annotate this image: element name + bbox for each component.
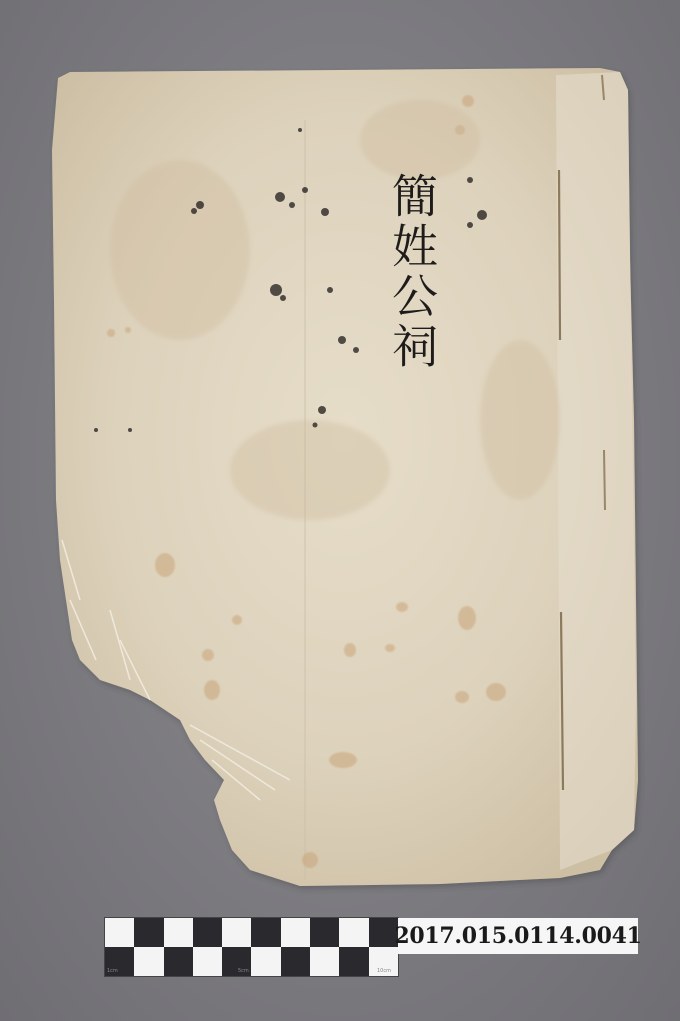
color-scale-bar	[104, 917, 399, 977]
accession-number-label: 2017.015.0114.0041	[398, 918, 638, 954]
scale-label-5cm: 5cm	[238, 968, 249, 974]
archival-booklet: 簡姓公祠	[0, 0, 680, 1021]
document-title: 簡姓公祠	[372, 172, 442, 372]
paper-shape	[0, 0, 680, 1021]
scale-label-10cm: 10cm	[377, 968, 391, 974]
scale-label-1cm: 1cm	[107, 968, 118, 974]
